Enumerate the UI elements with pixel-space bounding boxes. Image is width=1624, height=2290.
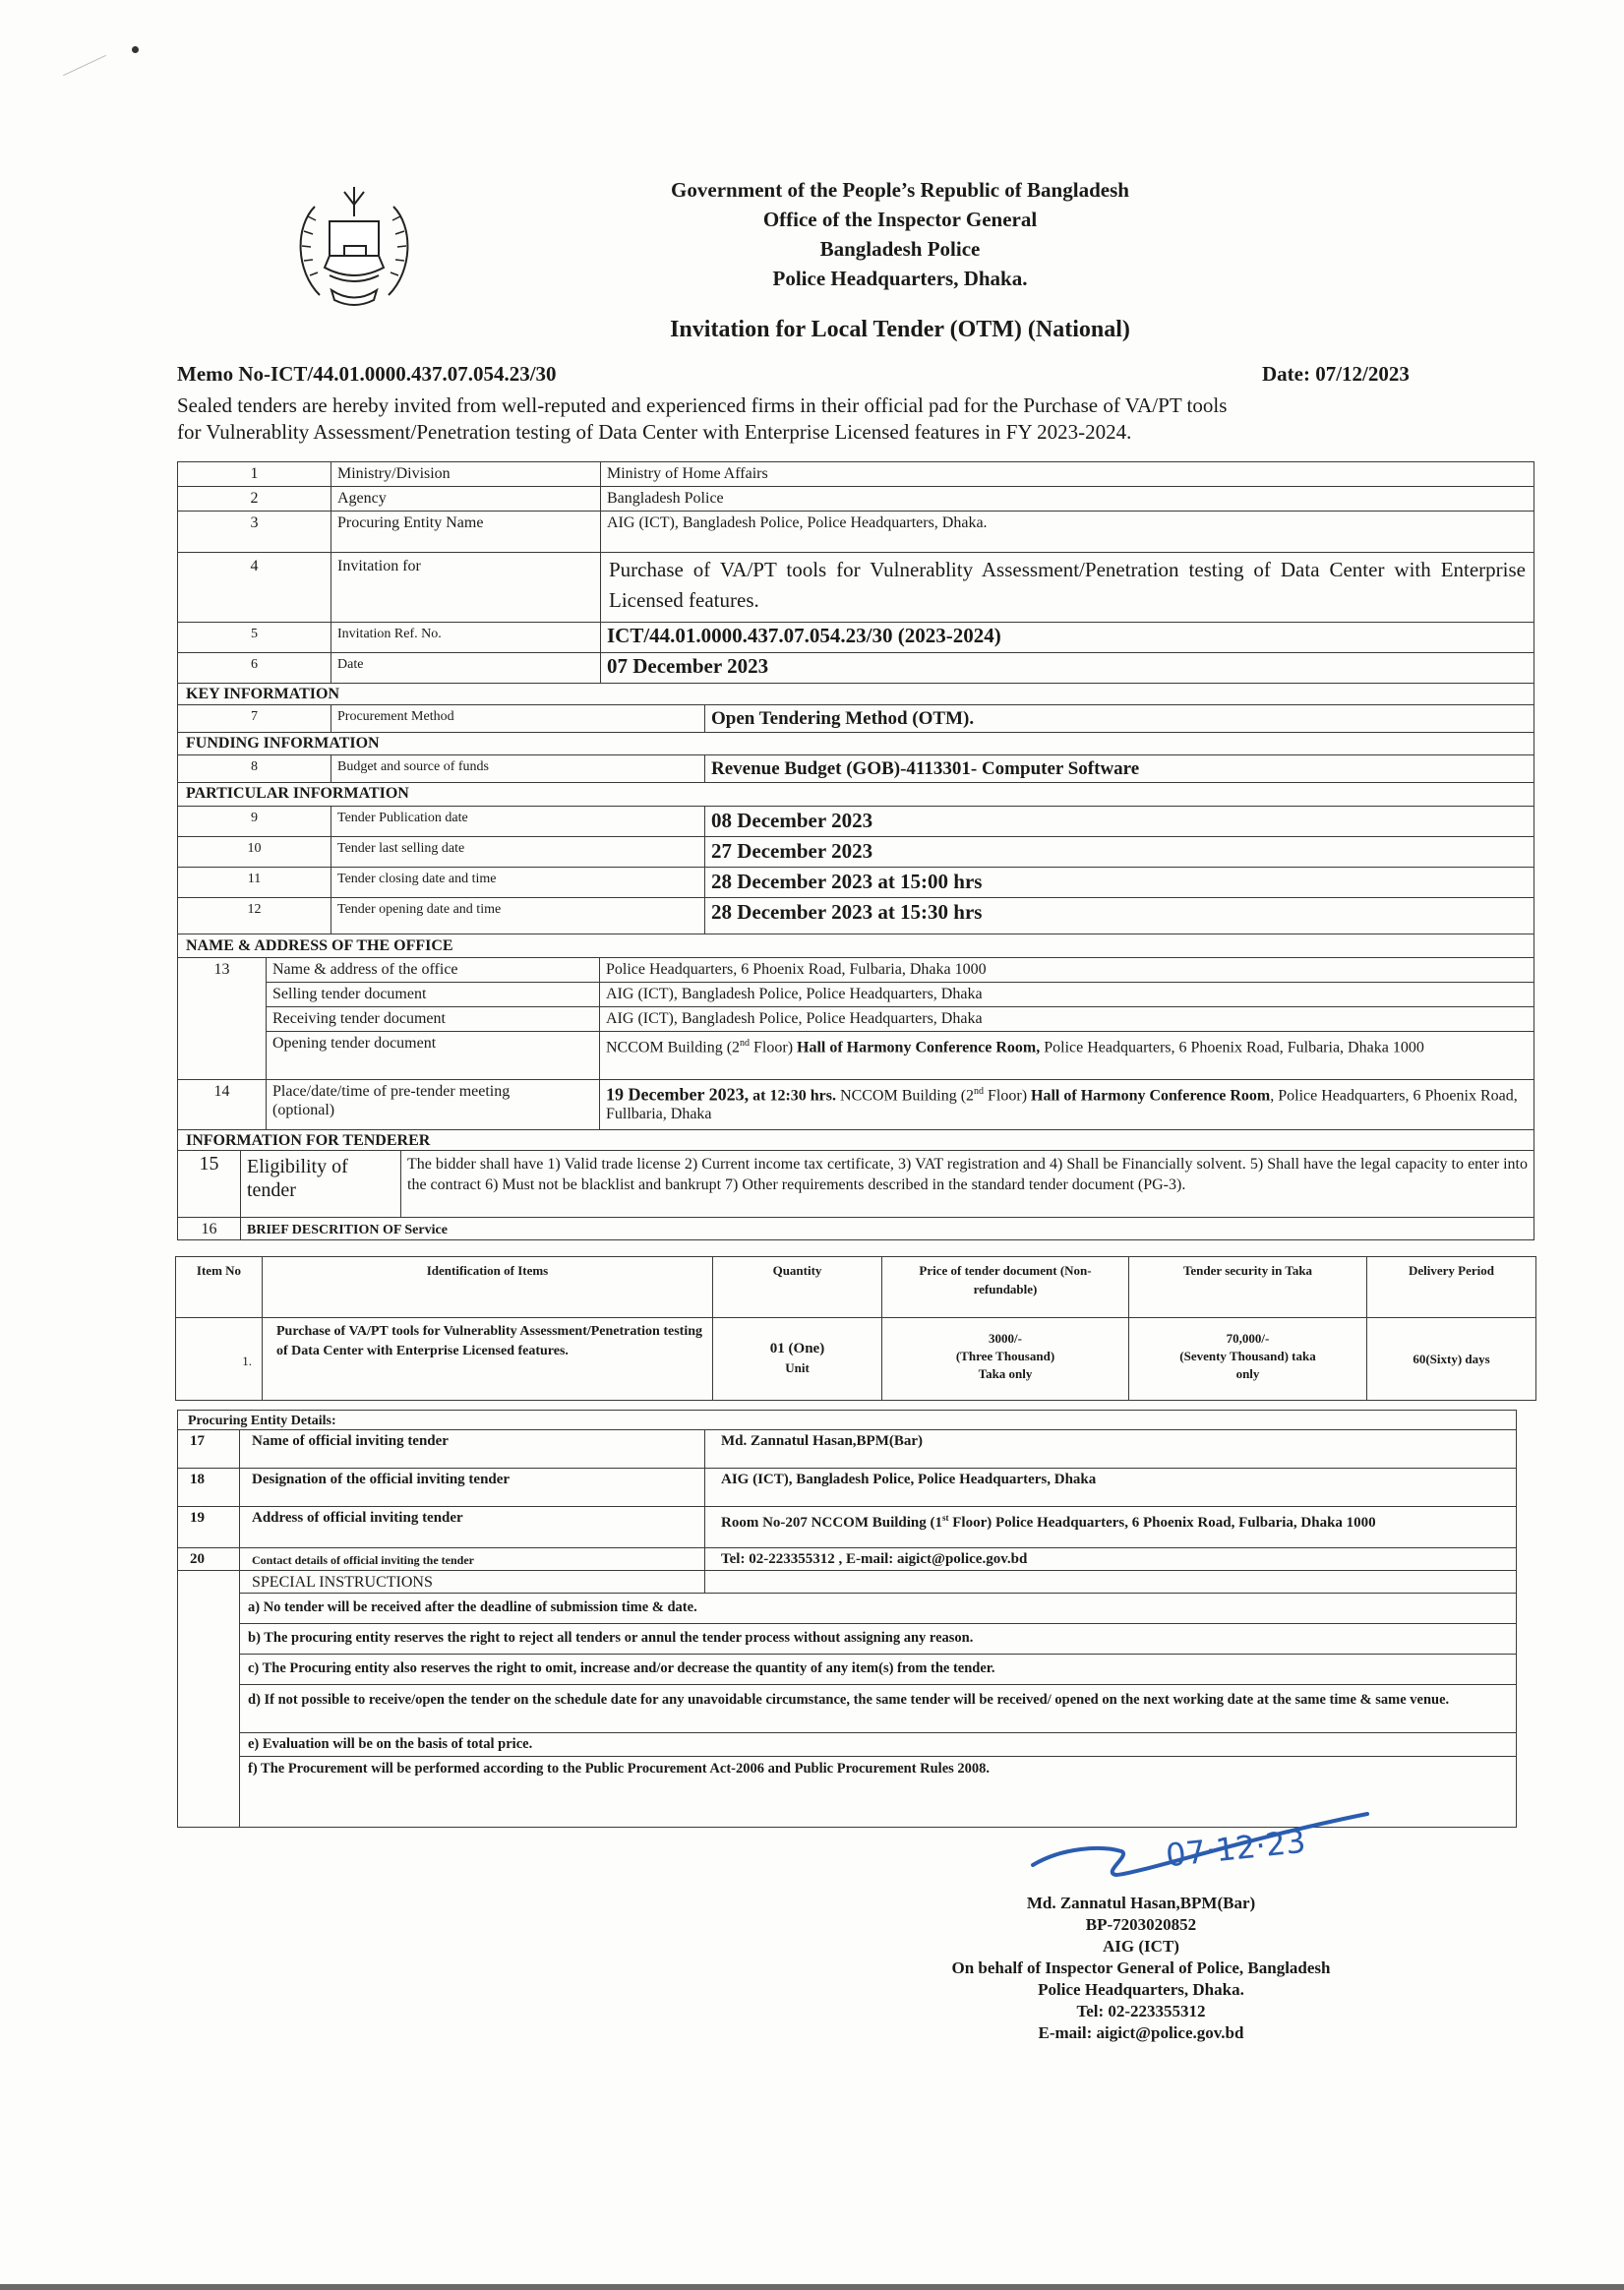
header-government: Government of the People’s Republic of B… bbox=[334, 178, 1466, 203]
row-17-no: 17 bbox=[177, 1429, 240, 1469]
scan-edge bbox=[0, 2284, 1624, 2290]
row-13-no: 13 bbox=[177, 957, 267, 1080]
row-13d-label: Opening tender document bbox=[266, 1031, 600, 1080]
row-18-label: Designation of the official inviting ten… bbox=[239, 1468, 705, 1507]
items-header-delivery: Delivery Period bbox=[1366, 1256, 1536, 1318]
address-pre: Room No-207 NCCOM Building (1 bbox=[721, 1515, 942, 1531]
row-19-no: 19 bbox=[177, 1506, 240, 1548]
row-6-value: 07 December 2023 bbox=[600, 652, 1534, 684]
item-row-price: 3000/- (Three Thousand) Taka only bbox=[881, 1317, 1129, 1401]
signatory-office: Police Headquarters, Dhaka. bbox=[866, 1980, 1416, 2000]
special-instructions-heading-blank bbox=[704, 1570, 1517, 1594]
row-15-no: 15 bbox=[177, 1150, 241, 1218]
items-header-price: Price of tender document (Non-refundable… bbox=[881, 1256, 1129, 1318]
pre-tender-hall: Hall of Harmony Conference Room bbox=[1031, 1087, 1270, 1104]
items-header-quantity: Quantity bbox=[712, 1256, 882, 1318]
instruction-c: c) The Procuring entity also reserves th… bbox=[239, 1654, 1517, 1685]
signatory-on-behalf: On behalf of Inspector General of Police… bbox=[866, 1959, 1416, 1978]
special-instructions-gutter bbox=[177, 1570, 240, 1828]
special-instructions-heading: SPECIAL INSTRUCTIONS bbox=[239, 1570, 705, 1594]
instruction-d: d) If not possible to receive/open the t… bbox=[239, 1684, 1517, 1733]
row-7-value: Open Tendering Method (OTM). bbox=[704, 704, 1534, 733]
row-18-value: AIG (ICT), Bangladesh Police, Police Hea… bbox=[704, 1468, 1517, 1507]
row-3-no: 3 bbox=[177, 511, 331, 553]
row-13b-value: AIG (ICT), Bangladesh Police, Police Hea… bbox=[599, 982, 1534, 1007]
row-14-label: Place/date/time of pre-tender meeting (o… bbox=[266, 1079, 600, 1130]
row-13a-value: Police Headquarters, 6 Phoenix Road, Ful… bbox=[599, 957, 1534, 983]
row-17-value: Md. Zannatul Hasan,BPM(Bar) bbox=[704, 1429, 1517, 1469]
row-16-label: BRIEF DESCRITION OF Service bbox=[240, 1217, 1534, 1240]
instruction-a: a) No tender will be received after the … bbox=[239, 1593, 1517, 1624]
row-2-no: 2 bbox=[177, 486, 331, 512]
pre-tender-venue-sup: nd bbox=[974, 1086, 984, 1097]
security-words: (Seventy Thousand) taka bbox=[1135, 1348, 1360, 1365]
row-5-value: ICT/44.01.0000.437.07.054.23/30 (2023-20… bbox=[600, 622, 1534, 653]
row-2-value: Bangladesh Police bbox=[600, 486, 1534, 512]
row-13d-value: NCCOM Building (2nd Floor) Hall of Harmo… bbox=[599, 1031, 1534, 1080]
opening-venue-pre: NCCOM Building (2 bbox=[606, 1039, 740, 1055]
security-suffix: only bbox=[1135, 1365, 1360, 1383]
row-11-no: 11 bbox=[177, 867, 331, 898]
row-1-label: Ministry/Division bbox=[331, 461, 601, 487]
price-suffix: Taka only bbox=[888, 1365, 1122, 1383]
row-10-no: 10 bbox=[177, 836, 331, 868]
row-19-value: Room No-207 NCCOM Building (1st Floor) P… bbox=[704, 1506, 1517, 1548]
row-13b-label: Selling tender document bbox=[266, 982, 600, 1007]
row-10-label: Tender last selling date bbox=[331, 836, 705, 868]
row-2-label: Agency bbox=[331, 486, 601, 512]
row-4-value: Purchase of VA/PT tools for Vulnerablity… bbox=[600, 552, 1534, 623]
row-18-no: 18 bbox=[177, 1468, 240, 1507]
header-location: Police Headquarters, Dhaka. bbox=[334, 267, 1466, 291]
signatory-designation: AIG (ICT) bbox=[866, 1937, 1416, 1957]
pre-tender-venue-pre: NCCOM Building (2 bbox=[836, 1087, 974, 1104]
price-words: (Three Thousand) bbox=[888, 1348, 1122, 1365]
row-6-label: Date bbox=[331, 652, 601, 684]
row-13a-label: Name & address of the office bbox=[266, 957, 600, 983]
row-11-value: 28 December 2023 at 15:00 hrs bbox=[704, 867, 1534, 898]
row-5-label: Invitation Ref. No. bbox=[331, 622, 601, 653]
memo-date: Date: 07/12/2023 bbox=[1262, 362, 1410, 387]
section-procuring-entity: Procuring Entity Details: bbox=[177, 1410, 1517, 1430]
row-12-value: 28 December 2023 at 15:30 hrs bbox=[704, 897, 1534, 934]
item-row-identification: Purchase of VA/PT tools for Vulnerablity… bbox=[262, 1317, 713, 1401]
opening-venue-post: Police Headquarters, 6 Phoenix Road, Ful… bbox=[1040, 1039, 1424, 1055]
scan-artifact bbox=[132, 46, 139, 53]
intro-text-2: for Vulnerablity Assessment/Penetration … bbox=[177, 420, 1131, 445]
row-20-value: Tel: 02-223355312 , E-mail: aigict@polic… bbox=[704, 1547, 1517, 1571]
row-15-label: Eligibility of tender bbox=[240, 1150, 401, 1218]
row-7-label: Procurement Method bbox=[331, 704, 705, 733]
row-20-label: Contact details of official inviting the… bbox=[239, 1547, 705, 1571]
section-funding-information: FUNDING INFORMATION bbox=[177, 732, 1534, 755]
row-8-label: Budget and source of funds bbox=[331, 754, 705, 783]
row-12-label: Tender opening date and time bbox=[331, 897, 705, 934]
row-8-value: Revenue Budget (GOB)-4113301- Computer S… bbox=[704, 754, 1534, 783]
row-15-value: The bidder shall have 1) Valid trade lic… bbox=[400, 1150, 1534, 1218]
memo-number: Memo No-ICT/44.01.0000.437.07.054.23/30 bbox=[177, 362, 557, 387]
item-row-delivery: 60(Sixty) days bbox=[1366, 1317, 1536, 1401]
signatory-email: E-mail: aigict@police.gov.bd bbox=[866, 2023, 1416, 2043]
header-agency: Bangladesh Police bbox=[334, 237, 1466, 262]
item-row-security: 70,000/- (Seventy Thousand) taka only bbox=[1128, 1317, 1367, 1401]
row-12-no: 12 bbox=[177, 897, 331, 934]
quantity-value: 01 (One) bbox=[719, 1340, 875, 1358]
row-3-label: Procuring Entity Name bbox=[331, 511, 601, 553]
row-16-no: 16 bbox=[177, 1217, 241, 1240]
row-9-no: 9 bbox=[177, 806, 331, 837]
pre-tender-venue-mid: Floor) bbox=[984, 1087, 1031, 1104]
item-row-no: 1. bbox=[175, 1317, 263, 1401]
price-amount: 3000/- bbox=[888, 1330, 1122, 1348]
row-4-no: 4 bbox=[177, 552, 331, 623]
row-1-no: 1 bbox=[177, 461, 331, 487]
item-row-quantity: 01 (One) Unit bbox=[712, 1317, 882, 1401]
row-10-value: 27 December 2023 bbox=[704, 836, 1534, 868]
intro-text-1: Sealed tenders are hereby invited from w… bbox=[177, 393, 1227, 418]
row-20-no: 20 bbox=[177, 1547, 240, 1571]
pre-tender-date: 19 December 2023, bbox=[606, 1084, 749, 1104]
opening-venue-sup: nd bbox=[740, 1038, 750, 1049]
section-key-information: KEY INFORMATION bbox=[177, 683, 1534, 705]
row-3-value: AIG (ICT), Bangladesh Police, Police Hea… bbox=[600, 511, 1534, 553]
items-header-item-no: Item No bbox=[175, 1256, 263, 1318]
signatory-phone: Tel: 02-223355312 bbox=[866, 2002, 1416, 2021]
opening-venue-mid: Floor) bbox=[750, 1039, 797, 1055]
row-11-label: Tender closing date and time bbox=[331, 867, 705, 898]
row-17-label: Name of official inviting tender bbox=[239, 1429, 705, 1469]
address-post: Floor) Police Headquarters, 6 Phoenix Ro… bbox=[949, 1515, 1376, 1531]
instruction-e: e) Evaluation will be on the basis of to… bbox=[239, 1732, 1517, 1757]
row-9-label: Tender Publication date bbox=[331, 806, 705, 837]
opening-venue-hall: Hall of Harmony Conference Room, bbox=[797, 1039, 1040, 1055]
row-6-no: 6 bbox=[177, 652, 331, 684]
row-1-value: Ministry of Home Affairs bbox=[600, 461, 1534, 487]
items-header-identification: Identification of Items bbox=[262, 1256, 713, 1318]
row-13c-value: AIG (ICT), Bangladesh Police, Police Hea… bbox=[599, 1006, 1534, 1032]
row-13c-label: Receiving tender document bbox=[266, 1006, 600, 1032]
security-amount: 70,000/- bbox=[1135, 1330, 1360, 1348]
section-particular-information: PARTICULAR INFORMATION bbox=[177, 782, 1534, 807]
row-9-value: 08 December 2023 bbox=[704, 806, 1534, 837]
pre-tender-time: at 12:30 hrs. bbox=[749, 1087, 836, 1104]
quantity-unit: Unit bbox=[719, 1358, 875, 1377]
row-14-no: 14 bbox=[177, 1079, 267, 1130]
row-19-label: Address of official inviting tender bbox=[239, 1506, 705, 1548]
items-header-security: Tender security in Taka bbox=[1128, 1256, 1367, 1318]
section-name-address: NAME & ADDRESS OF THE OFFICE bbox=[177, 934, 1534, 958]
row-4-label: Invitation for bbox=[331, 552, 601, 623]
page-title: Invitation for Local Tender (OTM) (Natio… bbox=[334, 317, 1466, 343]
signatory-name: Md. Zannatul Hasan,BPM(Bar) bbox=[866, 1894, 1416, 1913]
row-8-no: 8 bbox=[177, 754, 331, 783]
header-office: Office of the Inspector General bbox=[334, 208, 1466, 232]
row-14-value: 19 December 2023, at 12:30 hrs. NCCOM Bu… bbox=[599, 1079, 1534, 1130]
row-5-no: 5 bbox=[177, 622, 331, 653]
section-info-tenderer: INFORMATION FOR TENDERER bbox=[177, 1129, 1534, 1151]
signatory-bp-number: BP-7203020852 bbox=[866, 1915, 1416, 1935]
scan-artifact bbox=[63, 55, 106, 76]
row-7-no: 7 bbox=[177, 704, 331, 733]
instruction-b: b) The procuring entity reserves the rig… bbox=[239, 1623, 1517, 1655]
